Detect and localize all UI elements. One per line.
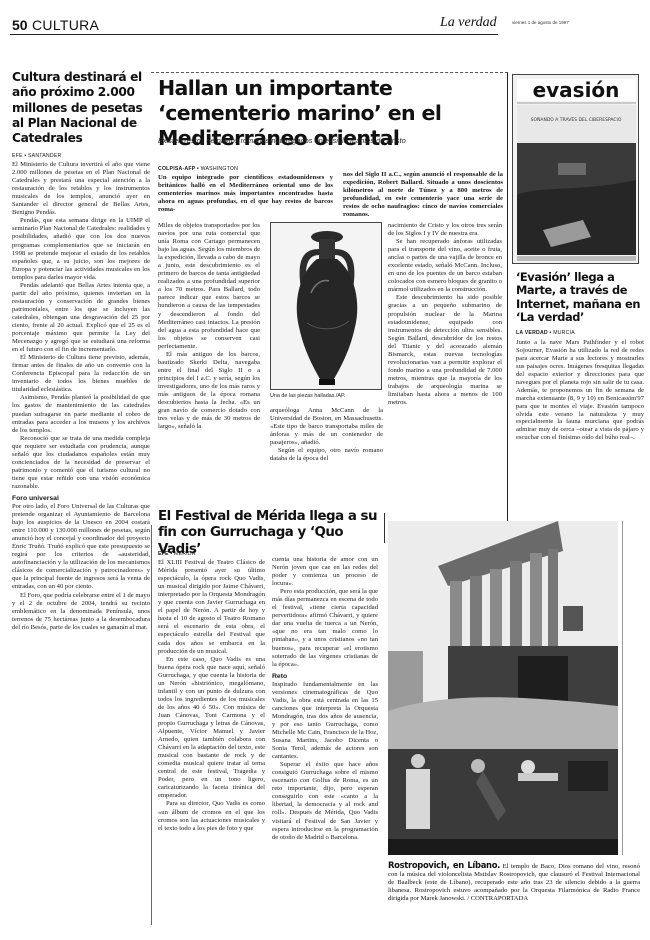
paragraph: Asimismo, Pendás planteó la posibilidad … [12,394,150,434]
byline: EFE • SANTANDER [12,152,150,160]
cementerio-col-3: nacimiento de Cristo y los otros tres se… [388,222,502,407]
paragraph: El Ministerio de Cultura invertirá el añ… [12,161,150,217]
caption-title: Rostropovich, en Líbano. [388,860,500,870]
merida-col-1: EFE • MÉRIDA El XLIII Festival de Teatro… [158,550,265,833]
page-number: 50 [12,17,28,33]
byline: COLPISA-AFP • WASHINGTON [158,165,333,173]
column-rule [384,513,385,543]
lead-right: nos del Siglo II a.C., según anunció el … [343,171,503,220]
svg-text:evasión: evasión [533,78,620,102]
subhead: Reto [272,673,378,681]
header-rule [10,34,498,35]
article-catedrales-body: EFE • SANTANDER El Ministerio de Cultura… [12,152,150,632]
dateline: viernes 1 de agosto de 1997 [512,20,569,25]
cementerio-col-2: arqueóloga Anna McCann de la Universidad… [270,407,383,463]
masthead-logo: La verdad [440,15,497,31]
byline: EFE • MÉRIDA [158,550,265,558]
amphora-image [271,223,382,390]
paragraph: Pendás adelantó que Bellas Artes intenta… [12,282,150,354]
paragraph: Pendás, que esta semana dirige en la UIM… [12,217,150,281]
cementerio-col-1: Miles de objetos transportados por los n… [158,222,260,431]
headline-catedrales: Cultura destinará el año próximo 2.000 m… [12,70,152,146]
evasion-cover-image: evasión SOÑANDO A TRAVÉS DEL CIBERESPACI… [513,75,639,264]
amphora-caption: Una de las piezas halladas./AP. [270,393,345,399]
byline: LA VERDAD • MURCIA [516,330,644,338]
paragraph: El Foro, que podría celebrarse entre el … [12,592,150,632]
column-rule [151,525,152,925]
column-rule [622,521,623,855]
paragraph: Por otro lado, el Foro Universal de las … [12,503,150,592]
amphora-photo [270,222,382,390]
deck-cementerio: Existen restos de navíos romanos naufrag… [158,136,406,145]
paragraph: El Ministerio de Cultura tiene previsto,… [12,354,150,394]
evasion-cover-thumbnail[interactable]: evasión SOÑANDO A TRAVÉS DEL CIBERESPACI… [512,74,639,264]
rostropovich-photo [388,521,618,855]
merida-col-2: cuenta una historia de amor con un Nerón… [272,556,378,842]
paragraph: Reconoció que se trata de una medida com… [12,435,150,491]
article-evasion-body: LA VERDAD • MURCIA Junto a la nave Mars … [516,330,644,442]
baalbeck-temple-image [388,521,618,855]
rostropovich-caption: Rostropovich, en Líbano. El templo de Ba… [388,861,640,903]
section-title: CULTURA [32,17,99,33]
headline-evasion: ‘Evasión’ llega a Marte, a través de Int… [516,271,650,325]
lead-left: COLPISA-AFP • WASHINGTON Un equipo integ… [158,165,333,215]
subhead: Foro universal [12,495,150,503]
